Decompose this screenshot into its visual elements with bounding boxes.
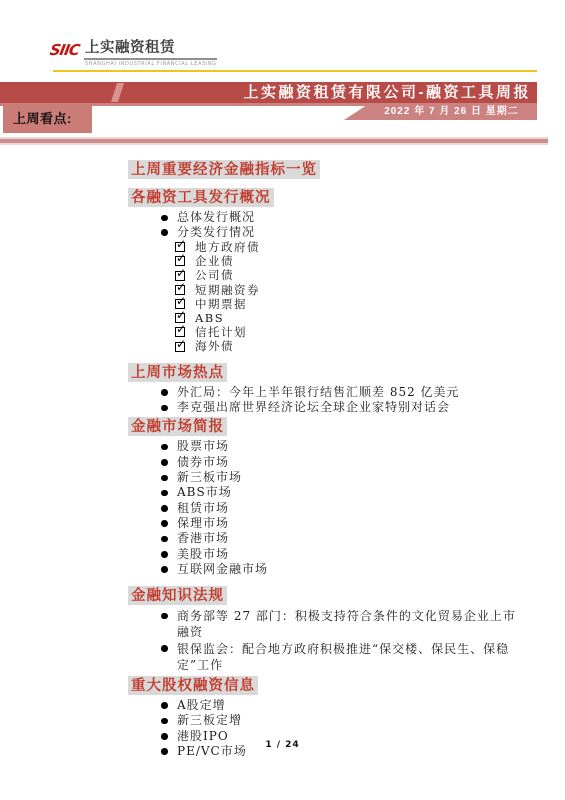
list-item-text: 外汇局：今年上半年银行结售汇顺差 852 亿美元 bbox=[177, 385, 460, 399]
check-mark-icon: ✓ bbox=[176, 266, 188, 280]
title-banner: 上实融资租赁有限公司-融资工具周报 bbox=[0, 82, 537, 103]
checkbox-item: ✓海外债 bbox=[175, 339, 552, 353]
list-item-text: 股票市场 bbox=[177, 439, 229, 453]
list-item: 银保监会：配合地方政府积极推进“保交楼、保民生、保稳定”工作 bbox=[160, 641, 528, 673]
checkbox-item: ✓信托计划 bbox=[175, 325, 552, 339]
section-heading: 金融市场简报 bbox=[128, 417, 227, 436]
list-item-text: A股定增 bbox=[177, 698, 226, 712]
check-mark-icon: ✓ bbox=[176, 308, 188, 322]
list-item: 保理市场 bbox=[160, 516, 528, 531]
section-heading: 金融知识法规 bbox=[128, 586, 227, 605]
checkbox-label: 企业债 bbox=[195, 254, 234, 268]
check-mark-icon: ✓ bbox=[176, 251, 188, 265]
check-mark-icon: ✓ bbox=[176, 337, 188, 351]
list-item: 租赁市场 bbox=[160, 501, 528, 516]
list-item-text: 总体发行概况 bbox=[177, 210, 255, 224]
yellow-divider bbox=[53, 70, 537, 72]
company-name: 上实融资租赁 bbox=[84, 36, 217, 60]
bullet-icon bbox=[161, 645, 168, 652]
report-section: 上周重要经济金融指标一览 bbox=[128, 159, 552, 179]
list-item: ABS市场 bbox=[160, 485, 528, 500]
bullet-icon bbox=[161, 566, 168, 573]
report-section: 金融知识法规商务部等 27 部门：积极支持符合条件的文化贸易企业上市融资银保监会… bbox=[128, 585, 552, 673]
list-item: 商务部等 27 部门：积极支持符合条件的文化贸易企业上市融资 bbox=[160, 608, 528, 640]
checkbox-item: ✓公司债 bbox=[175, 268, 552, 282]
bullet-icon bbox=[161, 733, 168, 740]
list-item-text: 商务部等 27 部门：积极支持符合条件的文化贸易企业上市融资 bbox=[177, 609, 516, 639]
bullet-icon bbox=[161, 229, 168, 236]
list-item: 外汇局：今年上半年银行结售汇顺差 852 亿美元 bbox=[160, 385, 528, 400]
list-item-text: 美股市场 bbox=[177, 547, 229, 561]
checkbox-item: ✓地方政府债 bbox=[175, 240, 552, 254]
section-heading: 各融资工具发行概况 bbox=[128, 188, 274, 207]
checkbox-label: 公司债 bbox=[195, 268, 234, 282]
bullet-icon bbox=[161, 718, 168, 725]
report-date: 2022 年 7 月 26 日 星期二 bbox=[344, 103, 537, 120]
checkbox-label: 信托计划 bbox=[195, 325, 247, 339]
report-section: 各融资工具发行概况总体发行概况分类发行情况✓地方政府债✓企业债✓公司债✓短期融资… bbox=[128, 187, 552, 354]
list-item: A股定增 bbox=[160, 698, 528, 713]
content: 上周重要经济金融指标一览各融资工具发行概况总体发行概况分类发行情况✓地方政府债✓… bbox=[128, 144, 552, 759]
check-mark-icon: ✓ bbox=[176, 294, 188, 308]
list-item-text: 分类发行情况 bbox=[177, 225, 255, 239]
section-heading: 上周市场热点 bbox=[128, 363, 227, 382]
list-item-text: 李克强出席世界经济论坛全球企业家特别对话会 bbox=[177, 400, 450, 414]
bullet-icon bbox=[161, 490, 168, 497]
bullet-icon bbox=[161, 536, 168, 543]
bullet-icon bbox=[161, 389, 168, 396]
bullet-icon bbox=[161, 505, 168, 512]
bullet-icon bbox=[161, 520, 168, 527]
report-section: 上周市场热点外汇局：今年上半年银行结售汇顺差 852 亿美元李克强出席世界经济论… bbox=[128, 362, 552, 416]
bullet-icon bbox=[161, 215, 168, 222]
checkbox-item: ✓中期票据 bbox=[175, 297, 552, 311]
checkbox-label: 短期融资券 bbox=[195, 283, 260, 297]
checkbox-label: 地方政府债 bbox=[195, 240, 260, 254]
last-week-highlights-label: 上周看点: bbox=[3, 104, 92, 133]
bullet-icon bbox=[161, 444, 168, 451]
bullet-icon bbox=[161, 613, 168, 620]
section-heading: 上周重要经济金融指标一览 bbox=[128, 160, 320, 179]
list-item-text: 保理市场 bbox=[177, 516, 229, 530]
company-name-english: SHANGHAI INDUSTRIAL FINANCIAL LEASING bbox=[84, 61, 217, 67]
checkbox-label: 中期票据 bbox=[195, 297, 247, 311]
checkbox-label: ABS bbox=[195, 311, 224, 325]
checked-checkbox-icon: ✓ bbox=[175, 342, 185, 352]
list-item: 总体发行概况 bbox=[160, 210, 528, 225]
list-item: 互联网金融市场 bbox=[160, 562, 528, 577]
list-item-text: 香港市场 bbox=[177, 531, 229, 545]
bullet-list: 总体发行概况分类发行情况 bbox=[128, 210, 552, 239]
checkbox-label: 海外债 bbox=[195, 339, 234, 353]
report-title: 上实融资租赁有限公司-融资工具周报 bbox=[244, 82, 532, 103]
list-item: 美股市场 bbox=[160, 547, 528, 562]
checkbox-item: ✓ABS bbox=[175, 311, 552, 325]
list-item-text: 新三板市场 bbox=[177, 470, 242, 484]
list-item: 香港市场 bbox=[160, 531, 528, 546]
section-heading: 重大股权融资信息 bbox=[128, 676, 258, 695]
list-item-text: 银保监会：配合地方政府积极推进“保交楼、保民生、保稳定”工作 bbox=[177, 642, 509, 672]
report-section: 金融市场简报股票市场债券市场新三板市场ABS市场租赁市场保理市场香港市场美股市场… bbox=[128, 416, 552, 577]
list-item-text: 互联网金融市场 bbox=[177, 562, 268, 576]
check-mark-icon: ✓ bbox=[176, 237, 188, 251]
page-number: 1 / 24 bbox=[0, 740, 565, 750]
list-item-text: 新三板定增 bbox=[177, 713, 242, 727]
list-item-text: ABS市场 bbox=[177, 485, 232, 499]
check-mark-icon: ✓ bbox=[176, 322, 188, 336]
bullet-icon bbox=[161, 702, 168, 709]
list-item-text: 租赁市场 bbox=[177, 501, 229, 515]
bullet-list: 商务部等 27 部门：积极支持符合条件的文化贸易企业上市融资银保监会：配合地方政… bbox=[128, 608, 552, 673]
slash-decoration bbox=[111, 83, 124, 102]
checkbox-list: ✓地方政府债✓企业债✓公司债✓短期融资券✓中期票据✓ABS✓信托计划✓海外债 bbox=[128, 240, 552, 354]
bullet-icon bbox=[161, 459, 168, 466]
bullet-icon bbox=[161, 405, 168, 412]
list-item: 分类发行情况 bbox=[160, 225, 528, 240]
bullet-list: 股票市场债券市场新三板市场ABS市场租赁市场保理市场香港市场美股市场互联网金融市… bbox=[128, 439, 552, 577]
report-page: SIIC 上实融资租赁 SHANGHAI INDUSTRIAL FINANCIA… bbox=[0, 0, 565, 800]
bullet-list: 外汇局：今年上半年银行结售汇顺差 852 亿美元李克强出席世界经济论坛全球企业家… bbox=[128, 385, 552, 416]
list-item: 股票市场 bbox=[160, 439, 528, 454]
bullet-icon bbox=[161, 475, 168, 482]
list-item: 新三板定增 bbox=[160, 713, 528, 728]
list-item: 新三板市场 bbox=[160, 470, 528, 485]
check-mark-icon: ✓ bbox=[176, 280, 188, 294]
bullet-icon bbox=[161, 551, 168, 558]
company-logo: SIIC 上实融资租赁 SHANGHAI INDUSTRIAL FINANCIA… bbox=[50, 36, 217, 67]
list-item-text: 债券市场 bbox=[177, 455, 229, 469]
list-item: 李克强出席世界经济论坛全球企业家特别对话会 bbox=[160, 400, 528, 415]
checkbox-item: ✓企业债 bbox=[175, 254, 552, 268]
list-item: 债券市场 bbox=[160, 455, 528, 470]
checkbox-item: ✓短期融资券 bbox=[175, 283, 552, 297]
siic-logo-icon: SIIC bbox=[48, 41, 80, 59]
